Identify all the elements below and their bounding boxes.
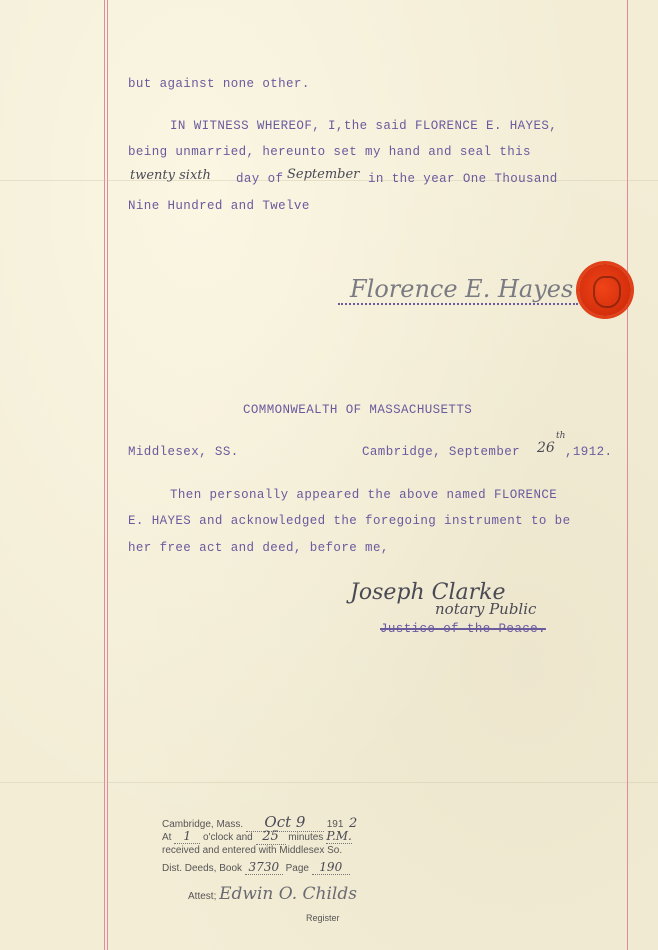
recorded-ampm: P.M. bbox=[326, 829, 352, 844]
witness-line-1: IN WITNESS WHEREOF, I,the said FLORENCE … bbox=[170, 119, 557, 133]
fold-crease bbox=[0, 782, 658, 783]
witness-line-2: being unmarried, hereunto set my hand an… bbox=[128, 145, 531, 159]
officer-title-struck: Justice of the Peace. bbox=[380, 622, 546, 636]
acknowledgment-heading: COMMONWEALTH OF MASSACHUSETTS bbox=[243, 403, 472, 417]
acknowledgment-line-1: Then personally appeared the above named… bbox=[170, 488, 557, 502]
wax-seal-icon bbox=[579, 264, 631, 316]
recorded-hour: 1 bbox=[174, 829, 200, 844]
handwritten-day: twenty sixth bbox=[130, 168, 211, 183]
witness-line-4: Nine Hundred and Twelve bbox=[128, 199, 310, 213]
recorded-minutes: 25 bbox=[256, 829, 286, 845]
acknowledgment-line-2: E. HAYES and acknowledged the foregoing … bbox=[128, 514, 570, 528]
notary-title-handwritten: notary Public bbox=[435, 600, 536, 618]
signature-line bbox=[338, 303, 578, 305]
acknowledgment-line-3: her free act and deed, before me, bbox=[128, 541, 389, 555]
left-margin-rule-inner bbox=[107, 0, 108, 950]
closing-line: but against none other. bbox=[128, 77, 310, 91]
book-number: 3730 bbox=[245, 860, 283, 875]
handwritten-date-day: 26 bbox=[537, 440, 555, 456]
register-signature: Edwin O. Childs bbox=[219, 884, 357, 904]
left-margin-rule bbox=[104, 0, 105, 950]
grantor-signature: Florence E. Hayes bbox=[350, 275, 573, 303]
county-label: Middlesex, SS. bbox=[128, 445, 239, 459]
right-margin-rule bbox=[627, 0, 628, 950]
handwritten-month: September bbox=[287, 167, 359, 182]
register-label: Register bbox=[306, 913, 340, 923]
page-number: 190 bbox=[312, 860, 350, 875]
